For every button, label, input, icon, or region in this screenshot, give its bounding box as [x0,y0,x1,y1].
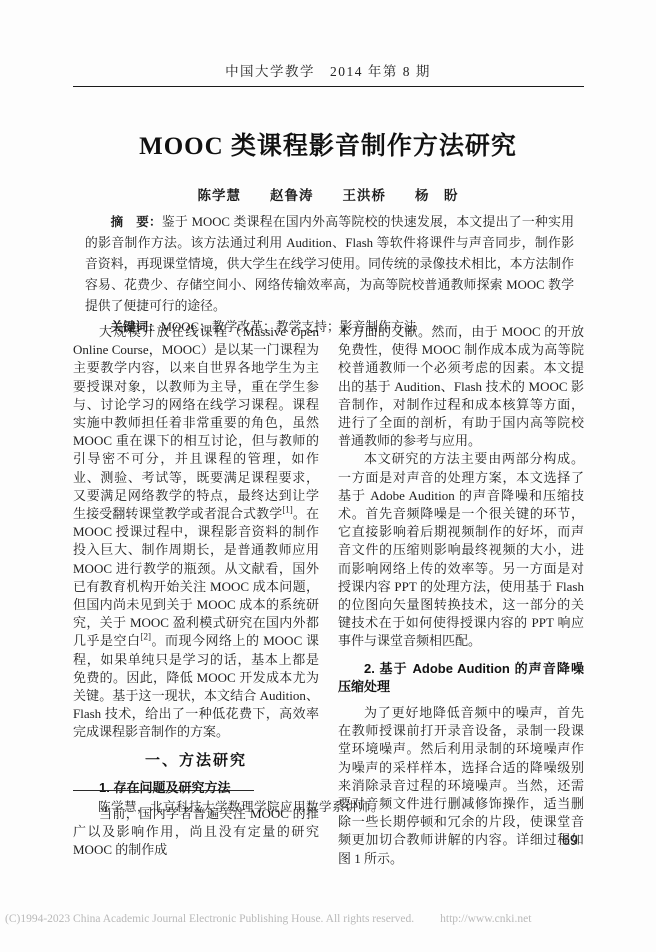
body-columns: 大规模开放在线课程（Massive Open Online Course，MOO… [73,323,584,868]
body-paragraph: 本方面的文献。然而，由于 MOOC 的开放免费性，使得 MOOC 制作成本成为高… [338,323,584,450]
abstract-label: 摘 要： [111,215,162,229]
page-number: 69 [562,833,578,849]
sub-heading-1: 1. 存在问题及研究方法 [73,779,319,797]
footnote-rule [73,790,254,791]
paragraph-text: 。而现今网络上的 MOOC 课程，如果单纯只是学习的话，基本上都是免费的。因此，… [73,633,319,739]
abstract-block: 摘 要：鉴于 MOOC 类课程在国内外高等院校的快速发展，本文提出了一种实用的影… [85,212,574,338]
abstract-text: 鉴于 MOOC 类课程在国内外高等院校的快速发展，本文提出了一种实用的影音制作方… [85,215,574,313]
body-paragraph: 大规模开放在线课程（Massive Open Online Course，MOO… [73,323,319,742]
body-paragraph: 为了更好地降低音频中的噪声，首先在教师授课前打开录音设备，录制一段课堂环境噪声。… [338,704,584,868]
author-footnote: 陈学慧，北京科技大学数理学院应用数学系讲师。 [73,797,493,815]
journal-header: 中国大学教学 2014 年第 8 期 [0,60,656,80]
paper-page: 中国大学教学 2014 年第 8 期 MOOC 类课程影音制作方法研究 陈学慧 … [0,0,656,952]
section-heading-1: 一、方法研究 [73,752,319,770]
left-column: 大规模开放在线课程（Massive Open Online Course，MOO… [73,323,319,868]
paragraph-text: 。在 MOOC 授课过程中，课程影音资料的制作投入巨大、制作周期长，是普通教师应… [73,506,319,648]
sub-heading-2: 2. 基于 Adobe Audition 的声音降噪压缩处理 [338,660,584,696]
authors-line: 陈学慧 赵鲁涛 王洪桥 杨 盼 [0,184,656,204]
copyright-text: (C)1994-2023 China Academic Journal Elec… [5,913,414,925]
copyright-line: (C)1994-2023 China Academic Journal Elec… [5,913,645,925]
paragraph-text: 大规模开放在线课程（Massive Open Online Course，MOO… [73,324,319,521]
header-rule [73,86,584,87]
abstract-paragraph: 摘 要：鉴于 MOOC 类课程在国内外高等院校的快速发展，本文提出了一种实用的影… [85,212,574,317]
body-paragraph: 本文研究的方法主要由两部分构成。一方面是对声音的处理方案，本文选择了基于 Ado… [338,450,584,650]
citation-ref-2: [2] [141,632,152,642]
right-column: 本方面的文献。然而，由于 MOOC 的开放免费性，使得 MOOC 制作成本成为高… [338,323,584,868]
page-title: MOOC 类课程影音制作方法研究 [0,126,656,162]
copyright-url: http://www.cnki.net [440,913,531,925]
citation-ref-1: [1] [282,505,293,515]
